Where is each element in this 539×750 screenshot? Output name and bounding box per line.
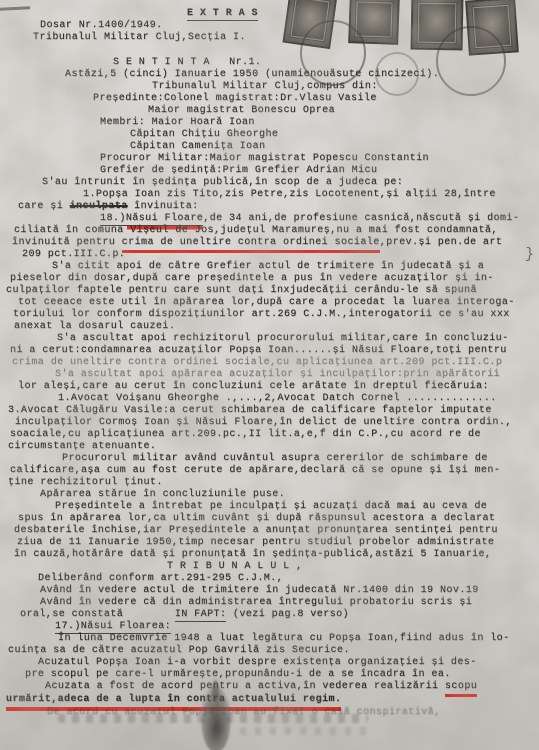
text-segment: Acuzatul Popșa Ioan i-a vorbit despre ex…	[38, 657, 477, 668]
document-line: S'a citit apoi de către Grefier actul de…	[52, 261, 484, 273]
text-segment: pieselor din dosar,după care președintel…	[10, 273, 494, 284]
document-line: Procurorul militar având cuvântul asupra…	[62, 453, 488, 465]
document-line: Tribunalul Militar Cluj,compus din:	[152, 81, 378, 93]
text-segment: ,prev.și pen.de art	[380, 237, 503, 248]
text-segment: spus în apărarea lor,ca ultim cuvânt și …	[18, 513, 495, 524]
document-line: Maior magistrat Bonescu Oprea	[148, 105, 335, 117]
document-line: Apărarea stărue în concluziunile puse.	[40, 489, 285, 501]
fiscal-stamp	[348, 0, 400, 45]
text-segment: Având în vedere că din administrarea înt…	[40, 597, 472, 608]
document-line: Președintele a întrebat pe inculpați și …	[55, 501, 487, 513]
text-segment: cuința sa de către acuzatul Pop Gavrilă …	[8, 645, 350, 656]
text-segment: Președinte:Colonel magistrat:Dr.Vlasu Va…	[93, 93, 377, 104]
text-segment: oral,se constată	[20, 609, 175, 620]
document-line: S'au întrunit în ședința publică,în scop…	[42, 177, 403, 189]
document-line: T R I B U N A L U L ,	[167, 561, 302, 573]
document-line: 18.)Năsui Floare,de 34 ani,de profesiune…	[100, 213, 519, 225]
text-segment: crima de uneltire contra ordinei sociale…	[12, 357, 502, 368]
document-line: S'a ascultat apoi apărarea acuzaților și…	[55, 369, 500, 381]
document-line: 3.Avocat Călugăru Vasile:a cerut schimba…	[8, 405, 492, 417]
text-segment: culpaților faptele pentru care sunt dați…	[6, 285, 477, 296]
fiscal-stamp	[282, 0, 337, 49]
text-segment: ține rechizitorul ținut.	[8, 477, 163, 488]
document-line: învinuită pentru crima de uneltire contr…	[12, 237, 502, 249]
document-text: E X T R A SDosar Nr.1400/1949.Tribunalul…	[0, 0, 539, 750]
fiscal-stamp	[411, 0, 464, 50]
document-line: ciliată în comuna Vișeul de Jos,județul …	[14, 225, 498, 237]
document-line: E X T R A S	[187, 8, 258, 20]
fiscal-stamp	[465, 0, 519, 56]
document-line: Grefier de ședință:Prim Grefier Adrian M…	[100, 165, 377, 177]
document-line: Deliberând conform art.291-295 C.J.M.,	[38, 573, 283, 585]
illegible-text-smear	[240, 727, 370, 735]
document-line: Acuzatul Popșa Ioan i-a vorbit despre ex…	[38, 657, 477, 669]
document-line: ni a cerut:condamnarea acuzaților Popșa …	[10, 345, 507, 357]
text-segment: 3.Avocat Călugăru Vasile:a cerut schimba…	[8, 405, 492, 416]
illegible-text-smear	[58, 714, 368, 723]
document-line: spus în apărarea lor,ca ultim cuvânt și …	[18, 513, 495, 525]
stamp-inner-frame	[290, 0, 329, 41]
brace-artifact: }	[524, 246, 534, 264]
document-line: Dosar Nr.1400/1949.	[40, 20, 163, 32]
text-segment: inculpaților Cormoș Ioan și Năsui Floare…	[15, 417, 512, 428]
document-line: calificare,așa cum au fost cerute de apă…	[10, 465, 500, 477]
document-line: soaciale,cu aplicațiunea art.209.pc.,II …	[10, 429, 481, 441]
text-segment: toriului lor conform dispozițiunilor art…	[13, 309, 510, 320]
scanned-document-page: E X T R A SDosar Nr.1400/1949.Tribunalul…	[0, 0, 539, 750]
document-line: urmărit,adeca de a lupta în contra actua…	[6, 694, 341, 706]
document-line: Acuzata a fost de acord pentru a activa,…	[45, 681, 477, 693]
text-segment: 1.Avocat Voișanu Gheorghe .,...,2,Avocat…	[58, 393, 497, 404]
underlined-text: 17.)Năsui Floarea:	[55, 621, 171, 634]
text-segment: tot ceeace este util în apărarea lor,dup…	[18, 297, 515, 308]
text-segment: care și	[18, 201, 70, 212]
document-line: Tribunalul Militar Cluj,Secția I.	[33, 32, 246, 44]
struck-text: inculpata	[70, 201, 128, 212]
document-line: 209 pct.III.C.p.	[22, 249, 125, 261]
text-segment: 1.Popșa Ioan zis Tito,zis Petre,zis Loco…	[83, 189, 496, 200]
document-line: Procuror Militar:Maior magistrat Popescu…	[100, 153, 429, 165]
text-segment: În luna Decemvrie 1948 a luat legătura c…	[58, 633, 510, 644]
document-line: desbaterile închise,iar Președintele a a…	[14, 525, 498, 537]
document-line: culpaților faptele pentru care sunt dați…	[6, 285, 477, 297]
document-line: Căpitan Chițiu Gheorghe	[130, 129, 278, 141]
text-segment: Având în vedere actul de trimitere în ju…	[40, 585, 479, 596]
document-line: crima de uneltire contra ordinei sociale…	[12, 357, 502, 369]
red-underlined-text: crima de uneltire contra ordinei sociale	[122, 237, 380, 253]
document-line: Căpitan Camenița Ioan	[130, 141, 265, 153]
text-segment: desbaterile închise,iar Președintele a a…	[14, 525, 498, 536]
text-segment: circumstanțe atenuante.	[8, 441, 156, 452]
text-segment: (vezi pag.8 verso)	[226, 609, 349, 620]
text-segment: Dosar Nr.1400/1949.	[40, 20, 163, 31]
text-segment: învinuită pentru	[12, 237, 122, 248]
text-segment: soaciale,cu aplicațiunea art.209.pc.,II …	[10, 429, 481, 440]
document-line: Având în vedere actul de trimitere în ju…	[40, 585, 479, 597]
document-line: ține rechizitorul ținut.	[8, 477, 163, 489]
text-segment: Acuzata a fost de acord pentru a activa,…	[45, 681, 445, 692]
text-segment: în cauză,hotărâre dată și pronunțată în …	[14, 549, 491, 560]
text-segment: ni a cerut:condamnarea acuzaților Popșa …	[10, 345, 507, 356]
document-line: tot ceeace este util în apărarea lor,dup…	[18, 297, 515, 309]
red-underlined-text: Năsui Floare	[126, 213, 203, 226]
document-line: cuința sa de către acuzatul Pop Gavrilă …	[8, 645, 350, 657]
document-line: lor aleși,care au cerut în concluziuni c…	[18, 381, 489, 393]
document-line: Președinte:Colonel magistrat:Dr.Vlasu Va…	[93, 93, 377, 105]
text-segment: Procurorul militar având cuvântul asupra…	[62, 453, 488, 464]
stamp-inner-frame	[418, 3, 457, 44]
stamp-inner-frame	[355, 1, 392, 37]
text-segment: Procuror Militar:Maior magistrat Popescu…	[100, 153, 429, 164]
text-segment: Deliberând conform art.291-295 C.J.M.,	[38, 573, 283, 584]
text-segment: lor aleși,care au cerut în concluziuni c…	[18, 381, 489, 392]
document-line: inculpaților Cormoș Ioan și Năsui Floare…	[15, 417, 512, 429]
document-line: în cauză,hotărâre dată și pronunțată în …	[14, 549, 491, 561]
text-segment: ziua de 11 Ianuarie 1950,timp necesar pe…	[17, 537, 494, 548]
text-segment: calificare,așa cum au fost cerute de apă…	[10, 465, 500, 476]
text-segment: Apărarea stărue în concluziunile puse.	[40, 489, 285, 500]
text-segment: S'a citit apoi de către Grefier actul de…	[52, 261, 484, 272]
text-segment: Membri: Maior Hoară Ioan	[100, 117, 255, 128]
document-line: anexat la dosarul cauzei.	[14, 321, 175, 333]
text-segment: anexat la dosarul cauzei.	[14, 321, 175, 332]
document-line: 17.)Năsui Floarea:	[55, 621, 171, 633]
document-line: pre scopul pe care-l urmărește,propunând…	[25, 669, 451, 681]
text-segment: Căpitan Camenița Ioan	[130, 141, 265, 152]
text-segment: S'a ascultat apoi rechizitorul procuroru…	[57, 333, 509, 344]
underlined-text: E X T R A S	[187, 8, 258, 21]
document-line: S E N T I N T A Nr.1.	[113, 57, 261, 69]
text-segment: 209 pct.III.C.p.	[22, 249, 125, 260]
document-line: ziua de 11 Ianuarie 1950,timp necesar pe…	[17, 537, 494, 549]
stamp-inner-frame	[473, 5, 512, 48]
red-underlined-text: scopu	[445, 681, 477, 697]
text-segment: T R I B U N A L U L ,	[167, 561, 302, 572]
text-segment: Președintele a întrebat pe inculpați și …	[55, 501, 487, 512]
document-line: care și inculpata învinuita:	[18, 201, 199, 213]
text-segment: învinuita:	[128, 201, 199, 212]
text-segment: pre scopul pe care-l urmărește,propunând…	[25, 669, 451, 680]
document-line: Având în vedere că din administrarea înt…	[40, 597, 472, 609]
document-line: toriului lor conform dispozițiunilor art…	[13, 309, 510, 321]
document-line: S'a ascultat apoi rechizitorul procuroru…	[57, 333, 509, 345]
text-segment: Astăzi,5 (cinci) Ianuarie 1950 (unamieno…	[65, 69, 439, 80]
text-segment: S'au întrunit în ședința publică,în scop…	[42, 177, 403, 188]
underlined-text: 18.)	[100, 213, 126, 226]
document-line: oral,se constată IN FAPT: (vezi pag.8 ve…	[20, 609, 349, 621]
document-line: 1.Avocat Voișanu Gheorghe .,...,2,Avocat…	[58, 393, 497, 405]
document-line: circumstanțe atenuante.	[8, 441, 156, 453]
document-line: În luna Decemvrie 1948 a luat legătura c…	[58, 633, 510, 645]
text-segment: Tribunalul Militar Cluj,Secția I.	[33, 32, 246, 43]
document-line: Membri: Maior Hoară Ioan	[100, 117, 255, 129]
text-segment: S E N T I N T A Nr.1.	[113, 57, 261, 68]
underlined-text: IN FAPT:	[175, 609, 227, 622]
text-segment: ciliată în comuna Vișeul de Jos,județul …	[14, 225, 498, 236]
text-segment: Maior magistrat Bonescu Oprea	[148, 105, 335, 116]
document-line: pieselor din dosar,după care președintel…	[10, 273, 494, 285]
text-segment: S'a ascultat apoi apărarea acuzaților și…	[55, 369, 500, 380]
document-line: 1.Popșa Ioan zis Tito,zis Petre,zis Loco…	[83, 189, 496, 201]
text-segment: Tribunalul Militar Cluj,compus din:	[152, 81, 378, 92]
text-segment: Căpitan Chițiu Gheorghe	[130, 129, 278, 140]
document-line: Astăzi,5 (cinci) Ianuarie 1950 (unamieno…	[65, 69, 439, 81]
text-segment: Grefier de ședință:Prim Grefier Adrian M…	[100, 165, 377, 176]
text-segment: ,de 34 ani,de profesiune casnică,născută…	[203, 213, 519, 224]
